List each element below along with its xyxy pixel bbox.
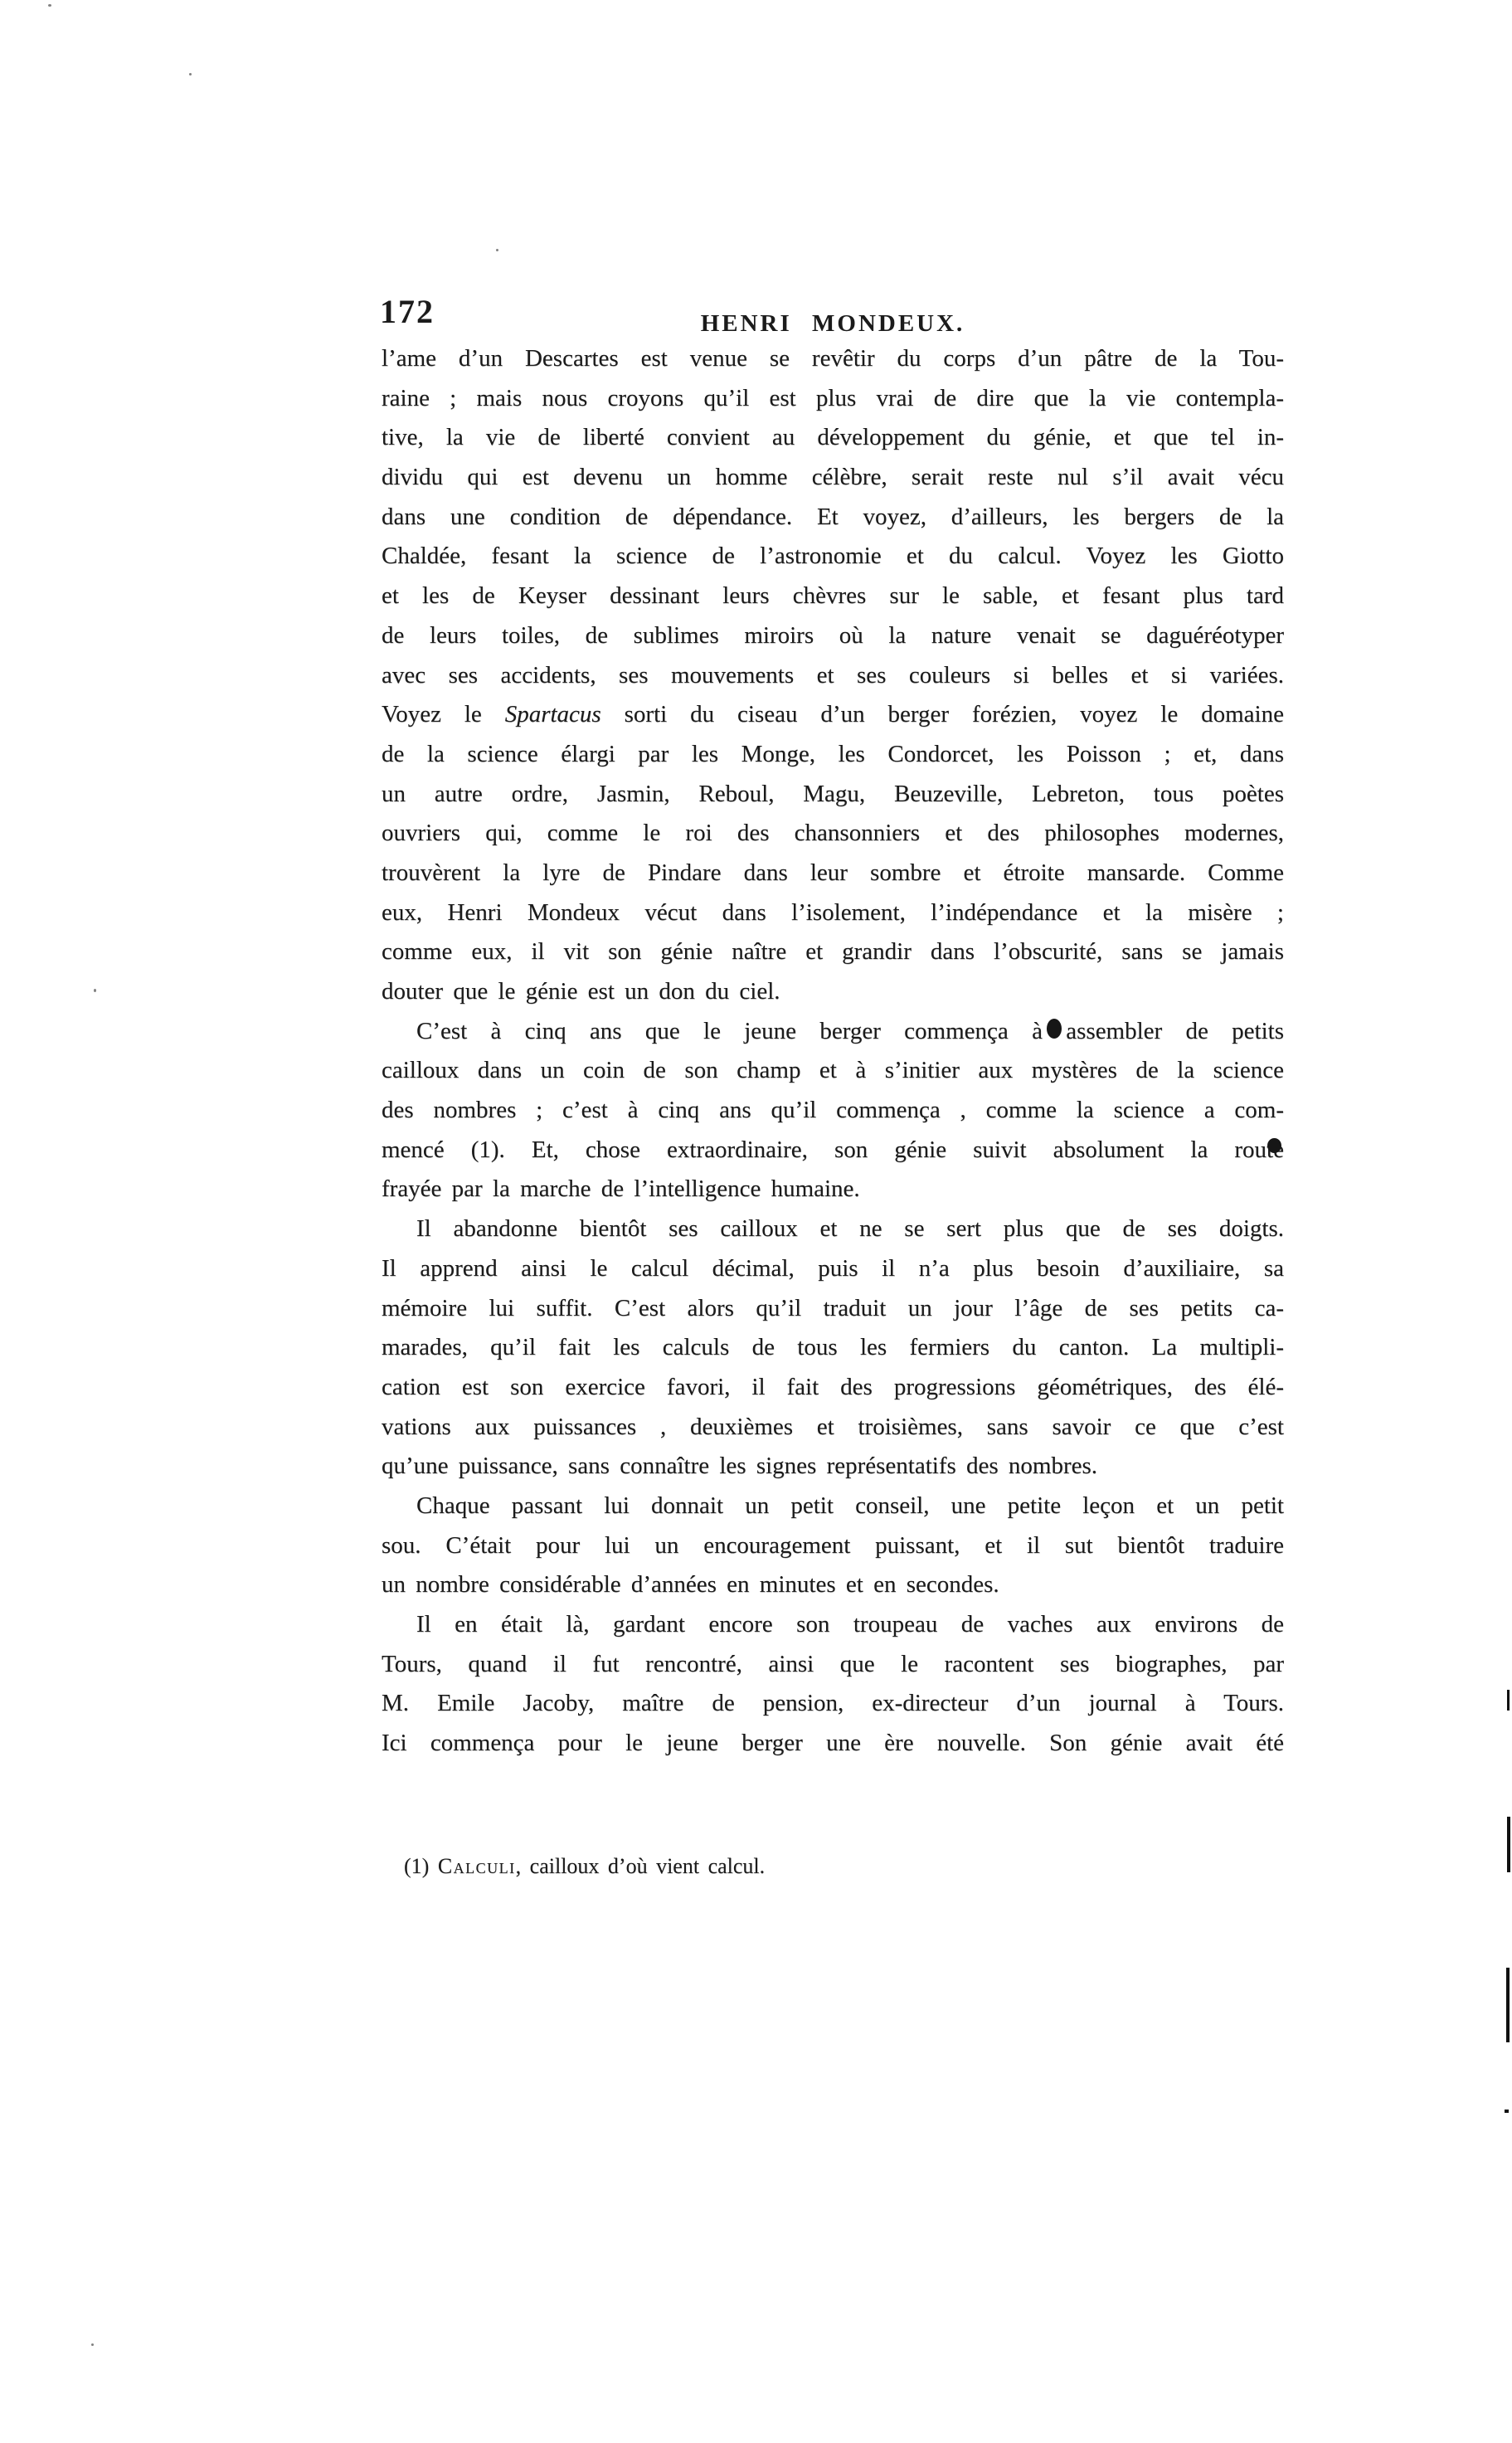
text-run: cailloux dans un coin de son champ et à … (382, 1057, 1284, 1083)
text-run: et les de Keyser dessinant leurs chèvres… (382, 582, 1284, 609)
text-run: vations aux puissances , deuxièmes et tr… (382, 1414, 1284, 1440)
text-line: qu’une puissance, sans connaître les sig… (382, 1447, 1284, 1487)
text-run: dividu qui est devenu un homme célèbre, … (382, 464, 1284, 490)
text-line: frayée par la marche de l’intelligence h… (382, 1170, 1284, 1209)
text-line: cation est son exercice favori, il fait … (382, 1368, 1284, 1408)
text-run: C’est à cinq ans que le jeune berger com… (416, 1018, 1284, 1044)
text-line: avec ses accidents, ses mouvements et se… (382, 656, 1284, 696)
text-run: Ici commença pour le jeune berger une èr… (382, 1730, 1284, 1756)
text-run: marades, qu’il fait les calculs de tous … (382, 1334, 1284, 1360)
text-line: mencé (1). Et, chose extraordinaire, son… (382, 1131, 1284, 1170)
text-run: avec ses accidents, ses mouvements et se… (382, 662, 1284, 689)
paper-speck (496, 249, 498, 251)
text-line: Chaque passant lui donnait un petit cons… (382, 1487, 1284, 1526)
text-line: ouvriers qui, comme le roi des chansonni… (382, 814, 1284, 854)
text-run: cation est son exercice favori, il fait … (382, 1374, 1284, 1400)
text-line: marades, qu’il fait les calculs de tous … (382, 1328, 1284, 1368)
ink-blot (1047, 1019, 1062, 1039)
text-line: douter que le génie est un don du ciel. (382, 972, 1284, 1012)
text-run: trouvèrent la lyre de Pindare dans leur … (382, 859, 1284, 886)
text-run: ouvriers qui, comme le roi des chansonni… (382, 820, 1284, 846)
text-line: de leurs toiles, de sublimes miroirs où … (382, 616, 1284, 656)
text-run: sorti du ciseau d’un berger forézien, vo… (601, 701, 1284, 728)
page-header-title: HENRI MONDEUX. (382, 309, 1284, 338)
text-run: comme eux, il vit son génie naître et gr… (382, 938, 1284, 965)
text-run: eux, Henri Mondeux vécut dans l’isolemen… (382, 899, 1284, 926)
text-run: Il abandonne bientôt ses cailloux et ne … (416, 1215, 1284, 1242)
text-run: un autre ordre, Jasmin, Reboul, Magu, Be… (382, 781, 1284, 807)
text-line: dans une condition de dépendance. Et voy… (382, 498, 1284, 538)
text-line: l’ame d’un Descartes est venue se revêti… (382, 339, 1284, 379)
text-line: des nombres ; c’est à cinq ans qu’il com… (382, 1091, 1284, 1131)
text-run: des nombres ; c’est à cinq ans qu’il com… (382, 1097, 1284, 1123)
text-run: raine ; mais nous croyons qu’il est plus… (382, 385, 1284, 411)
paper-speck (48, 4, 51, 7)
text-run: mémoire lui suffit. C’est alors qu’il tr… (382, 1295, 1284, 1321)
margin-mark (1507, 1690, 1510, 1711)
margin-mark (1506, 1968, 1510, 2042)
text-line: trouvèrent la lyre de Pindare dans leur … (382, 854, 1284, 893)
text-line: M. Emile Jacoby, maître de pension, ex-d… (382, 1684, 1284, 1724)
paper-speck (94, 989, 96, 992)
scanned-book-page: 172 HENRI MONDEUX. l’ame d’un Descartes … (0, 0, 1512, 2443)
text-line: Ici commença pour le jeune berger une èr… (382, 1724, 1284, 1764)
text-line: mémoire lui suffit. C’est alors qu’il tr… (382, 1289, 1284, 1329)
text-line: sou. C’était pour lui un encouragement p… (382, 1526, 1284, 1566)
text-line: de la science élargi par les Monge, les … (382, 735, 1284, 775)
text-line: eux, Henri Mondeux vécut dans l’isolemen… (382, 893, 1284, 933)
body-text-block: l’ame d’un Descartes est venue se revêti… (382, 339, 1284, 1764)
text-line: vations aux puissances , deuxièmes et tr… (382, 1408, 1284, 1448)
text-run: de la science élargi par les Monge, les … (382, 741, 1284, 767)
text-line: Tours, quand il fut rencontré, ainsi que… (382, 1645, 1284, 1685)
text-line: cailloux dans un coin de son champ et à … (382, 1051, 1284, 1091)
text-run: Tours, quand il fut rencontré, ainsi que… (382, 1651, 1284, 1677)
text-run: dans une condition de dépendance. Et voy… (382, 504, 1284, 530)
text-line: tive, la vie de liberté convient au déve… (382, 418, 1284, 458)
text-line: Il apprend ainsi le calcul décimal, puis… (382, 1249, 1284, 1289)
text-line: C’est à cinq ans que le jeune berger com… (382, 1012, 1284, 1052)
margin-mark (1507, 1817, 1510, 1872)
text-run: Il apprend ainsi le calcul décimal, puis… (382, 1255, 1284, 1282)
margin-mark (1505, 2110, 1509, 2113)
text-line: Il en était là, gardant encore son troup… (382, 1605, 1284, 1645)
text-line: Chaldée, fesant la science de l’astronom… (382, 537, 1284, 577)
text-run: Calculi (438, 1854, 516, 1878)
text-run: sou. C’était pour lui un encouragement p… (382, 1532, 1284, 1559)
text-run: douter que le génie est un don du ciel. (382, 978, 780, 1005)
text-run: , cailloux d’où vient calcul. (516, 1854, 765, 1878)
text-run: Chaque passant lui donnait un petit cons… (416, 1492, 1284, 1519)
text-run: l’ame d’un Descartes est venue se revêti… (382, 345, 1284, 372)
text-run: mencé (1). Et, chose extraordinaire, son… (382, 1136, 1284, 1163)
text-run: Voyez le (382, 701, 505, 728)
text-run: un nombre considérable d’années en minut… (382, 1571, 999, 1598)
ink-blot (1267, 1138, 1281, 1153)
text-line: Voyez le Spartacus sorti du ciseau d’un … (382, 695, 1284, 735)
text-line: et les de Keyser dessinant leurs chèvres… (382, 577, 1284, 616)
text-run: qu’une puissance, sans connaître les sig… (382, 1453, 1097, 1479)
text-run: M. Emile Jacoby, maître de pension, ex-d… (382, 1690, 1284, 1716)
text-run: Il en était là, gardant encore son troup… (416, 1611, 1284, 1638)
text-run: Spartacus (505, 701, 601, 728)
text-run: tive, la vie de liberté convient au déve… (382, 424, 1284, 450)
text-run: (1) (404, 1854, 438, 1878)
text-line: un autre ordre, Jasmin, Reboul, Magu, Be… (382, 775, 1284, 815)
paper-speck (189, 73, 192, 75)
footnote-text: (1) Calculi, cailloux d’où vient calcul. (404, 1852, 765, 1881)
text-run: frayée par la marche de l’intelligence h… (382, 1175, 860, 1202)
text-line: un nombre considérable d’années en minut… (382, 1565, 1284, 1605)
text-line: comme eux, il vit son génie naître et gr… (382, 932, 1284, 972)
text-line: Il abandonne bientôt ses cailloux et ne … (382, 1209, 1284, 1249)
text-line: dividu qui est devenu un homme célèbre, … (382, 458, 1284, 498)
text-line: raine ; mais nous croyons qu’il est plus… (382, 379, 1284, 419)
paper-speck (91, 2343, 94, 2346)
text-run: de leurs toiles, de sublimes miroirs où … (382, 622, 1284, 649)
text-run: Chaldée, fesant la science de l’astronom… (382, 543, 1284, 569)
